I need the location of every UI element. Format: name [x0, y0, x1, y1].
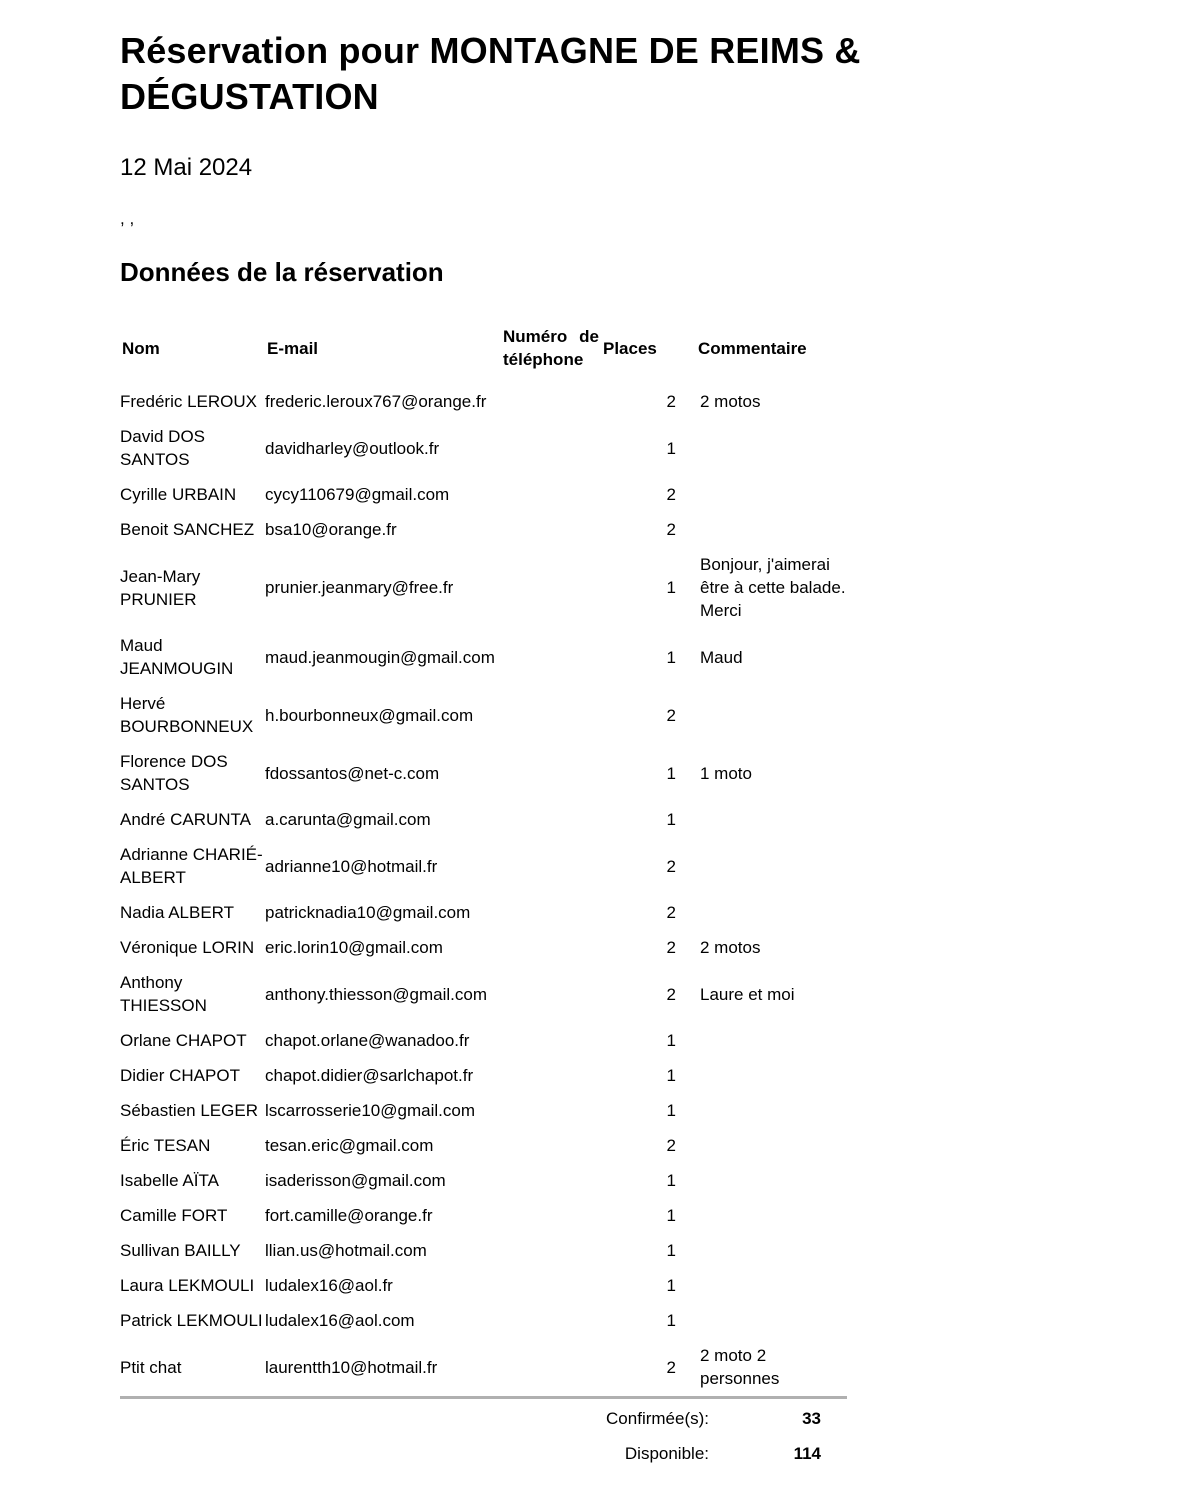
cell-places: 2	[601, 686, 688, 744]
cell-phone	[501, 1023, 601, 1058]
reservations-table: Nom E-mail Numéro de téléphone Places Co…	[120, 312, 847, 1399]
totals-summary: Confirmée(s): 33 Disponible: 114	[600, 1401, 827, 1471]
cell-phone	[501, 1338, 601, 1398]
cell-email: chapot.didier@sarlchapot.fr	[265, 1058, 501, 1093]
cell-places: 1	[601, 1058, 688, 1093]
cell-comment	[688, 1163, 847, 1198]
cell-places: 2	[601, 384, 688, 419]
cell-name: Patrick LEKMOULI	[120, 1303, 265, 1338]
cell-name: Camille FORT	[120, 1198, 265, 1233]
cell-places: 2	[601, 1128, 688, 1163]
cell-name: Jean-Mary PRUNIER	[120, 547, 265, 628]
table-row: Camille FORTfort.camille@orange.fr1	[120, 1198, 847, 1233]
cell-comment	[688, 1128, 847, 1163]
table-row: Didier CHAPOTchapot.didier@sarlchapot.fr…	[120, 1058, 847, 1093]
cell-name: André CARUNTA	[120, 802, 265, 837]
cell-places: 1	[601, 1163, 688, 1198]
cell-phone	[501, 547, 601, 628]
cell-phone	[501, 930, 601, 965]
cell-phone	[501, 744, 601, 802]
cell-phone	[501, 1303, 601, 1338]
cell-phone	[501, 1163, 601, 1198]
cell-comment: 1 moto	[688, 744, 847, 802]
cell-email: bsa10@orange.fr	[265, 512, 501, 547]
cell-places: 1	[601, 1303, 688, 1338]
table-row: Éric TESANtesan.eric@gmail.com2	[120, 1128, 847, 1163]
table-row: Sullivan BAILLYllian.us@hotmail.com1	[120, 1233, 847, 1268]
cell-phone	[501, 419, 601, 477]
cell-places: 2	[601, 512, 688, 547]
cell-places: 1	[601, 802, 688, 837]
cell-name: Benoit SANCHEZ	[120, 512, 265, 547]
column-header-name: Nom	[120, 312, 265, 384]
title-prefix: Réservation pour	[120, 30, 429, 71]
column-header-places: Places	[601, 312, 688, 384]
table-row: Véronique LORINeric.lorin10@gmail.com22 …	[120, 930, 847, 965]
cell-comment	[688, 895, 847, 930]
event-date: 12 Mai 2024	[120, 154, 1020, 182]
cell-name: Adrianne CHARIÉ-ALBERT	[120, 837, 265, 895]
table-row: Anthony THIESSONanthony.thiesson@gmail.c…	[120, 965, 847, 1023]
cell-places: 1	[601, 547, 688, 628]
cell-places: 1	[601, 1023, 688, 1058]
cell-email: fort.camille@orange.fr	[265, 1198, 501, 1233]
cell-name: Véronique LORIN	[120, 930, 265, 965]
cell-email: maud.jeanmougin@gmail.com	[265, 628, 501, 686]
table-row: Ptit chatlaurentth10@hotmail.fr22 moto 2…	[120, 1338, 847, 1398]
cell-phone	[501, 477, 601, 512]
cell-phone	[501, 628, 601, 686]
cell-comment: Laure et moi	[688, 965, 847, 1023]
cell-phone	[501, 1268, 601, 1303]
cell-comment	[688, 1268, 847, 1303]
column-header-email: E-mail	[265, 312, 501, 384]
cell-email: anthony.thiesson@gmail.com	[265, 965, 501, 1023]
table-row: Adrianne CHARIÉ-ALBERTadrianne10@hotmail…	[120, 837, 847, 895]
cell-comment	[688, 1303, 847, 1338]
cell-email: cycy110679@gmail.com	[265, 477, 501, 512]
cell-name: Nadia ALBERT	[120, 895, 265, 930]
location-line: , ,	[120, 208, 1020, 230]
cell-comment	[688, 477, 847, 512]
table-header-row: Nom E-mail Numéro de téléphone Places Co…	[120, 312, 847, 384]
cell-phone	[501, 1128, 601, 1163]
cell-phone	[501, 1058, 601, 1093]
column-header-comment: Commentaire	[688, 312, 847, 384]
cell-places: 1	[601, 628, 688, 686]
cell-email: adrianne10@hotmail.fr	[265, 837, 501, 895]
cell-email: chapot.orlane@wanadoo.fr	[265, 1023, 501, 1058]
cell-name: Anthony THIESSON	[120, 965, 265, 1023]
confirmed-value: 33	[709, 1409, 821, 1429]
table-row: Cyrille URBAINcycy110679@gmail.com2	[120, 477, 847, 512]
cell-places: 1	[601, 1268, 688, 1303]
cell-comment	[688, 419, 847, 477]
cell-phone	[501, 686, 601, 744]
cell-email: frederic.leroux767@orange.fr	[265, 384, 501, 419]
cell-places: 1	[601, 419, 688, 477]
cell-name: David DOS SANTOS	[120, 419, 265, 477]
cell-phone	[501, 1233, 601, 1268]
cell-name: Laura LEKMOULI	[120, 1268, 265, 1303]
cell-comment: Bonjour, j'aimerai être à cette balade. …	[688, 547, 847, 628]
cell-email: h.bourbonneux@gmail.com	[265, 686, 501, 744]
table-row: Patrick LEKMOULIludalex16@aol.com1	[120, 1303, 847, 1338]
cell-email: patricknadia10@gmail.com	[265, 895, 501, 930]
table-row: David DOS SANTOSdavidharley@outlook.fr1	[120, 419, 847, 477]
cell-email: fdossantos@net-c.com	[265, 744, 501, 802]
cell-email: davidharley@outlook.fr	[265, 419, 501, 477]
reservation-document: Réservation pour MONTAGNE DE REIMS & DÉG…	[120, 28, 1020, 1399]
table-row: Florence DOS SANTOSfdossantos@net-c.com1…	[120, 744, 847, 802]
cell-phone	[501, 1198, 601, 1233]
cell-phone	[501, 895, 601, 930]
cell-email: prunier.jeanmary@free.fr	[265, 547, 501, 628]
cell-comment: 2 motos	[688, 384, 847, 419]
cell-name: Ptit chat	[120, 1338, 265, 1398]
cell-places: 1	[601, 744, 688, 802]
cell-comment	[688, 686, 847, 744]
available-row: Disponible: 114	[600, 1436, 827, 1471]
cell-name: Orlane CHAPOT	[120, 1023, 265, 1058]
table-row: Fredéric LEROUXfrederic.leroux767@orange…	[120, 384, 847, 419]
cell-places: 2	[601, 895, 688, 930]
cell-email: laurentth10@hotmail.fr	[265, 1338, 501, 1398]
cell-phone	[501, 512, 601, 547]
table-row: Maud JEANMOUGINmaud.jeanmougin@gmail.com…	[120, 628, 847, 686]
cell-email: eric.lorin10@gmail.com	[265, 930, 501, 965]
cell-places: 2	[601, 965, 688, 1023]
cell-email: llian.us@hotmail.com	[265, 1233, 501, 1268]
cell-comment	[688, 1058, 847, 1093]
cell-phone	[501, 965, 601, 1023]
confirmed-label: Confirmée(s):	[600, 1409, 709, 1429]
cell-places: 2	[601, 477, 688, 512]
cell-phone	[501, 802, 601, 837]
cell-email: isaderisson@gmail.com	[265, 1163, 501, 1198]
cell-places: 2	[601, 837, 688, 895]
table-row: Sébastien LEGERlscarrosserie10@gmail.com…	[120, 1093, 847, 1128]
available-label: Disponible:	[600, 1444, 709, 1464]
cell-comment	[688, 512, 847, 547]
cell-name: Hervé BOURBONNEUX	[120, 686, 265, 744]
cell-email: tesan.eric@gmail.com	[265, 1128, 501, 1163]
cell-comment: Maud	[688, 628, 847, 686]
cell-comment	[688, 837, 847, 895]
cell-name: Cyrille URBAIN	[120, 477, 265, 512]
cell-name: Maud JEANMOUGIN	[120, 628, 265, 686]
cell-comment	[688, 1198, 847, 1233]
cell-email: ludalex16@aol.fr	[265, 1268, 501, 1303]
cell-places: 1	[601, 1198, 688, 1233]
table-row: Laura LEKMOULIludalex16@aol.fr1	[120, 1268, 847, 1303]
cell-phone	[501, 384, 601, 419]
column-header-phone: Numéro de téléphone	[501, 312, 601, 384]
table-row: Isabelle AÏTAisaderisson@gmail.com1	[120, 1163, 847, 1198]
cell-name: Sébastien LEGER	[120, 1093, 265, 1128]
cell-comment	[688, 1093, 847, 1128]
cell-name: Didier CHAPOT	[120, 1058, 265, 1093]
cell-name: Fredéric LEROUX	[120, 384, 265, 419]
cell-name: Éric TESAN	[120, 1128, 265, 1163]
cell-comment	[688, 802, 847, 837]
table-row: Jean-Mary PRUNIERprunier.jeanmary@free.f…	[120, 547, 847, 628]
table-row: Orlane CHAPOTchapot.orlane@wanadoo.fr1	[120, 1023, 847, 1058]
cell-email: lscarrosserie10@gmail.com	[265, 1093, 501, 1128]
table-row: Nadia ALBERTpatricknadia10@gmail.com2	[120, 895, 847, 930]
cell-comment: 2 moto 2 personnes	[688, 1338, 847, 1398]
table-row: Benoit SANCHEZbsa10@orange.fr2	[120, 512, 847, 547]
section-title: Données de la réservation	[120, 256, 1020, 288]
table-body: Fredéric LEROUXfrederic.leroux767@orange…	[120, 384, 847, 1398]
cell-name: Florence DOS SANTOS	[120, 744, 265, 802]
available-value: 114	[709, 1444, 821, 1464]
cell-places: 1	[601, 1233, 688, 1268]
cell-comment	[688, 1023, 847, 1058]
cell-name: Isabelle AÏTA	[120, 1163, 265, 1198]
cell-places: 2	[601, 1338, 688, 1398]
table-row: André CARUNTAa.carunta@gmail.com1	[120, 802, 847, 837]
cell-email: a.carunta@gmail.com	[265, 802, 501, 837]
cell-name: Sullivan BAILLY	[120, 1233, 265, 1268]
cell-comment: 2 motos	[688, 930, 847, 965]
cell-email: ludalex16@aol.com	[265, 1303, 501, 1338]
cell-phone	[501, 1093, 601, 1128]
cell-comment	[688, 1233, 847, 1268]
table-row: Hervé BOURBONNEUXh.bourbonneux@gmail.com…	[120, 686, 847, 744]
cell-places: 1	[601, 1093, 688, 1128]
confirmed-row: Confirmée(s): 33	[600, 1401, 827, 1436]
cell-places: 2	[601, 930, 688, 965]
page-title: Réservation pour MONTAGNE DE REIMS & DÉG…	[120, 28, 1020, 120]
cell-phone	[501, 837, 601, 895]
